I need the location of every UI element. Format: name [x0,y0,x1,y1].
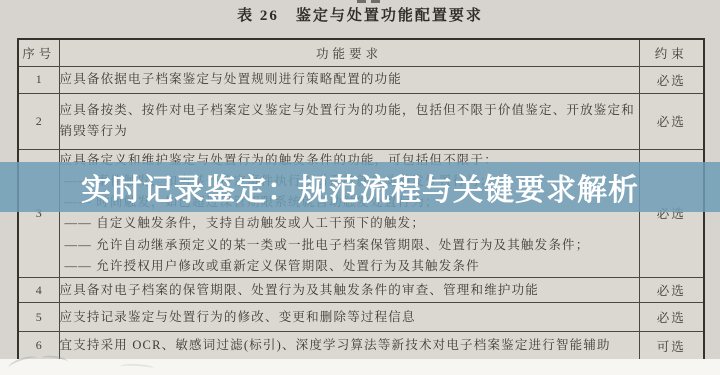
table-header-row: 序号 功能要求 约束 [18,39,704,66]
row-index: 2 [18,93,59,149]
requirement-line: 应具备按类、按件对电子档案定义鉴定与处置行为的功能，包括但不限于价值鉴定、开放鉴… [60,100,639,143]
row-requirement: 应具备依据电子档案鉴定与处置规则进行策略配置的功能 [59,66,639,93]
row-requirement: 应支持记录鉴定与处置行为的修改、变更和删除等过程信息 [59,303,639,332]
row-constraint: 必选 [639,66,704,93]
cropped-text-mark [371,0,380,3]
requirement-line: 应具备依据电子档案鉴定与处置规则进行策略配置的功能 [60,69,639,90]
row-requirement: 应具备按类、按件对电子档案定义鉴定与处置行为的功能，包括但不限于价值鉴定、开放鉴… [59,93,639,149]
row-constraint: 必选 [639,93,704,149]
requirement-line: —— 自定义触发条件，支持自动触发或人工干预下的触发； [60,213,639,234]
row-index: 4 [18,278,59,303]
row-requirement: 应具备对电子档案的保管期限、处置行为及其触发条件的审查、管理和维护功能 [59,278,639,303]
header-constraint: 约束 [639,39,704,66]
row-requirement: 宜支持采用 OCR、敏感词过滤(标引)、深度学习算法等新技术对电子档案鉴定进行智… [59,332,639,360]
header-requirement: 功能要求 [59,39,639,66]
requirement-line: 宜支持采用 OCR、敏感词过滤(标引)、深度学习算法等新技术对电子档案鉴定进行智… [60,335,639,356]
table-body: 1应具备依据电子档案鉴定与处置规则进行策略配置的功能必选2应具备按类、按件对电子… [18,66,704,360]
document-page: 表 26 鉴定与处置功能配置要求 序号 功能要求 约束 1应具备依据电子档案鉴定… [0,0,720,375]
page-bottom-margin [0,359,720,375]
requirement-line: —— 允许自动继承预定义的某一类或一批电子档案保管期限、处置行为及其触发条件； [60,235,639,256]
cropped-text-mark [357,0,366,3]
requirement-line: 应具备对电子档案的保管期限、处置行为及其触发条件的审查、管理和维护功能 [60,280,639,301]
row-index: 5 [18,303,59,332]
requirement-line: —— 允许授权用户修改或重新定义保管期限、处置行为及其触发条件 [60,256,639,277]
table-row: 5应支持记录鉴定与处置行为的修改、变更和删除等过程信息必选 [18,303,704,332]
row-constraint: 必选 [639,278,704,303]
caption-overlay-banner: 实时记录鉴定：规范流程与关键要求解析 [0,162,720,212]
row-constraint: 可选 [639,332,704,360]
row-constraint: 必选 [639,303,704,332]
table-row: 6宜支持采用 OCR、敏感词过滤(标引)、深度学习算法等新技术对电子档案鉴定进行… [18,332,704,360]
row-index: 1 [18,66,59,93]
requirement-line: 应支持记录鉴定与处置行为的修改、变更和删除等过程信息 [60,307,639,328]
table-row: 4应具备对电子档案的保管期限、处置行为及其触发条件的审查、管理和维护功能必选 [18,278,704,303]
table-row: 1应具备依据电子档案鉴定与处置规则进行策略配置的功能必选 [18,66,704,93]
table-row: 2应具备按类、按件对电子档案定义鉴定与处置行为的功能，包括但不限于价值鉴定、开放… [18,93,704,149]
header-index: 序号 [18,39,59,66]
table-caption: 表 26 鉴定与处置功能配置要求 [0,4,720,25]
overlay-title-text: 实时记录鉴定：规范流程与关键要求解析 [81,165,639,209]
